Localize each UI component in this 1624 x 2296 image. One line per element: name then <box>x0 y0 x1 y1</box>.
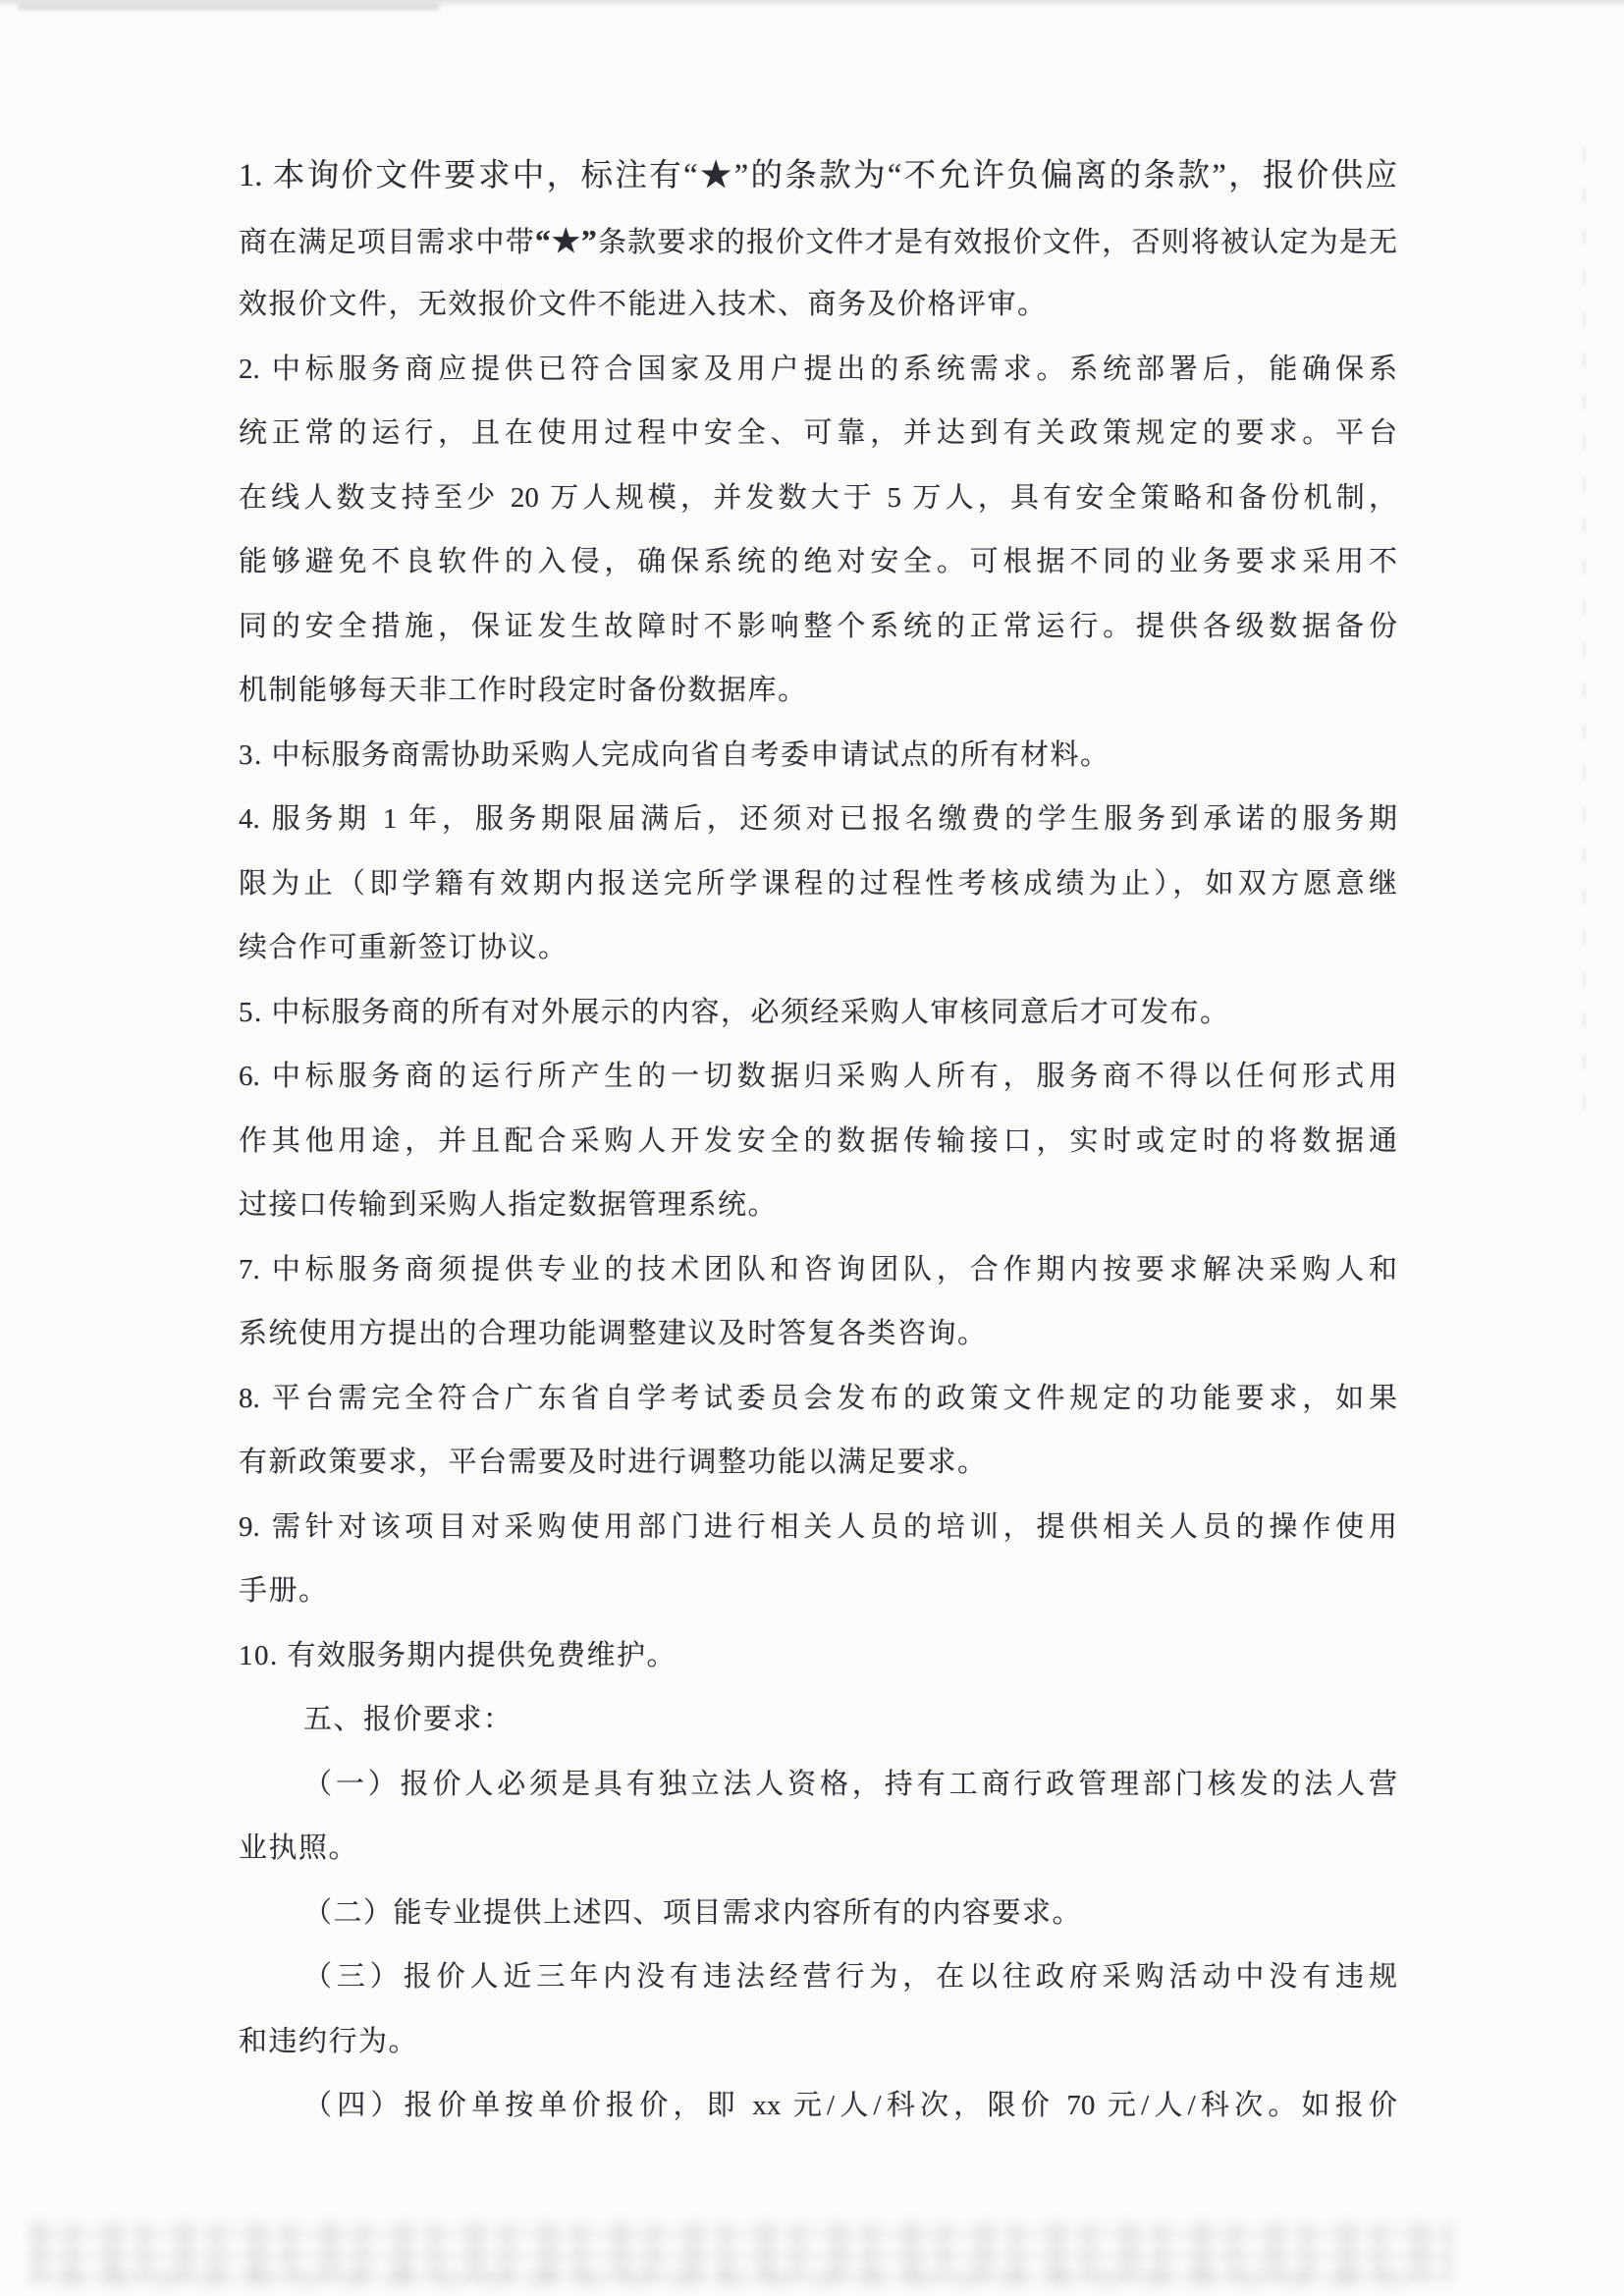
text-line: （一）报价人必须是具有独立法人资格，持有工商行政管理部门核发的法人营 <box>239 1753 1397 1818</box>
text-line: 在线人数支持至少 20 万人规模，并发数大于 5 万人，具有安全策略和备份机制， <box>239 466 1397 531</box>
text-line: 3. 中标服务商需协助采购人完成向省自考委申请试点的所有材料。 <box>239 724 1397 789</box>
item-7: 7. 中标服务商须提供专业的技术团队和咨询团队，合作期内按要求解决采购人和系统使… <box>239 1238 1397 1367</box>
text-line: 5. 中标服务商的所有对外展示的内容，必须经采购人审核同意后才可发布。 <box>239 981 1397 1046</box>
item-10: 10. 有效服务期内提供免费维护。 <box>239 1624 1397 1689</box>
text-line: 系统使用方提出的合理功能调整建议及时答复各类咨询。 <box>239 1302 1397 1367</box>
text-line: （二）能专业提供上述四、项目需求内容所有的内容要求。 <box>239 1882 1397 1946</box>
text-line: 统正常的运行，且在使用过程中安全、可靠，并达到有关政策规定的要求。平台 <box>239 402 1397 466</box>
star-icon: “★” <box>535 224 597 258</box>
sub-item-1: （一）报价人必须是具有独立法人资格，持有工商行政管理部门核发的法人营业执照。 <box>239 1753 1397 1882</box>
text-line: 同的安全措施，保证发生故障时不影响整个系统的正常运行。提供各级数据备份 <box>239 595 1397 660</box>
text-line: 8. 平台需完全符合广东省自学考试委员会发布的政策文件规定的功能要求，如果 <box>239 1367 1397 1432</box>
text-line: 10. 有效服务期内提供免费维护。 <box>239 1624 1397 1689</box>
text-line: 效报价文件，无效报价文件不能进入技术、商务及价格评审。 <box>239 273 1397 338</box>
text-line: 续合作可重新签订协议。 <box>239 916 1397 981</box>
item-1: 1. 本询价文件要求中，标注有“★”的条款为“不允许负偏离的条款”，报价供应商在… <box>239 144 1397 338</box>
sub-item-4: （四）报价单按单价报价，即 xx 元/人/科次，限价 70 元/人/科次。如报价 <box>239 2074 1397 2139</box>
item-4: 4. 服务期 1 年，服务期限届满后，还须对已报名缴费的学生服务到承诺的服务期限… <box>239 788 1397 981</box>
text-line: 9. 需针对该项目对采购使用部门进行相关人员的培训，提供相关人员的操作使用 <box>239 1496 1397 1560</box>
text-line: 有新政策要求，平台需要及时进行调整功能以满足要求。 <box>239 1431 1397 1496</box>
item-3: 3. 中标服务商需协助采购人完成向省自考委申请试点的所有材料。 <box>239 724 1397 789</box>
text-line: 过接口传输到采购人指定数据管理系统。 <box>239 1174 1397 1238</box>
item-5: 5. 中标服务商的所有对外展示的内容，必须经采购人审核同意后才可发布。 <box>239 981 1397 1046</box>
text-line: 限为止（即学籍有效期内报送完所学课程的过程性考核成绩为止），如双方愿意继 <box>239 852 1397 917</box>
text-line: 和违约行为。 <box>239 2010 1397 2075</box>
scan-vertical-streak-artifact <box>1583 147 1586 1110</box>
text-line: 业执照。 <box>239 1817 1397 1882</box>
section-heading-5: 五、报价要求： <box>239 1688 1397 1753</box>
text-line: 7. 中标服务商须提供专业的技术团队和咨询团队，合作期内按要求解决采购人和 <box>239 1238 1397 1303</box>
text-line: 4. 服务期 1 年，服务期限届满后，还须对已报名缴费的学生服务到承诺的服务期 <box>239 788 1397 852</box>
scan-bleedthrough-artifact <box>59 2269 1414 2292</box>
text-line: （三）报价人近三年内没有违法经营行为，在以往政府采购活动中没有违规 <box>239 1945 1397 2010</box>
text-line: 机制能够每天非工作时段定时备份数据库。 <box>239 659 1397 724</box>
text-line: 商在满足项目需求中带“★”条款要求的报价文件才是有效报价文件，否则将被认定为是无 <box>239 209 1397 274</box>
scanned-document-page: 1. 本询价文件要求中，标注有“★”的条款为“不允许负偏离的条款”，报价供应商在… <box>0 0 1624 2296</box>
sub-item-3: （三）报价人近三年内没有违法经营行为，在以往政府采购活动中没有违规和违约行为。 <box>239 1945 1397 2074</box>
text-line: 1. 本询价文件要求中，标注有“★”的条款为“不允许负偏离的条款”，报价供应 <box>239 144 1397 209</box>
scan-top-left-artifact <box>18 4 440 10</box>
item-8: 8. 平台需完全符合广东省自学考试委员会发布的政策文件规定的功能要求，如果有新政… <box>239 1367 1397 1496</box>
text-line: 作其他用途，并且配合采购人开发安全的数据传输接口，实时或定时的将数据通 <box>239 1110 1397 1175</box>
text-line: 五、报价要求： <box>239 1688 1397 1753</box>
text-line: 2. 中标服务商应提供已符合国家及用户提出的系统需求。系统部署后，能确保系 <box>239 338 1397 403</box>
document-body: 1. 本询价文件要求中，标注有“★”的条款为“不允许负偏离的条款”，报价供应商在… <box>239 144 1397 2139</box>
item-2: 2. 中标服务商应提供已符合国家及用户提出的系统需求。系统部署后，能确保系统正常… <box>239 338 1397 724</box>
sub-item-2: （二）能专业提供上述四、项目需求内容所有的内容要求。 <box>239 1882 1397 1946</box>
text-line: （四）报价单按单价报价，即 xx 元/人/科次，限价 70 元/人/科次。如报价 <box>239 2074 1397 2139</box>
item-9: 9. 需针对该项目对采购使用部门进行相关人员的培训，提供相关人员的操作使用手册。 <box>239 1496 1397 1624</box>
text-line: 能够避免不良软件的入侵，确保系统的绝对安全。可根据不同的业务要求采用不 <box>239 530 1397 595</box>
item-6: 6. 中标服务商的运行所产生的一切数据归采购人所有，服务商不得以任何形式用作其他… <box>239 1045 1397 1238</box>
text-line: 手册。 <box>239 1559 1397 1624</box>
text-line: 6. 中标服务商的运行所产生的一切数据归采购人所有，服务商不得以任何形式用 <box>239 1045 1397 1110</box>
